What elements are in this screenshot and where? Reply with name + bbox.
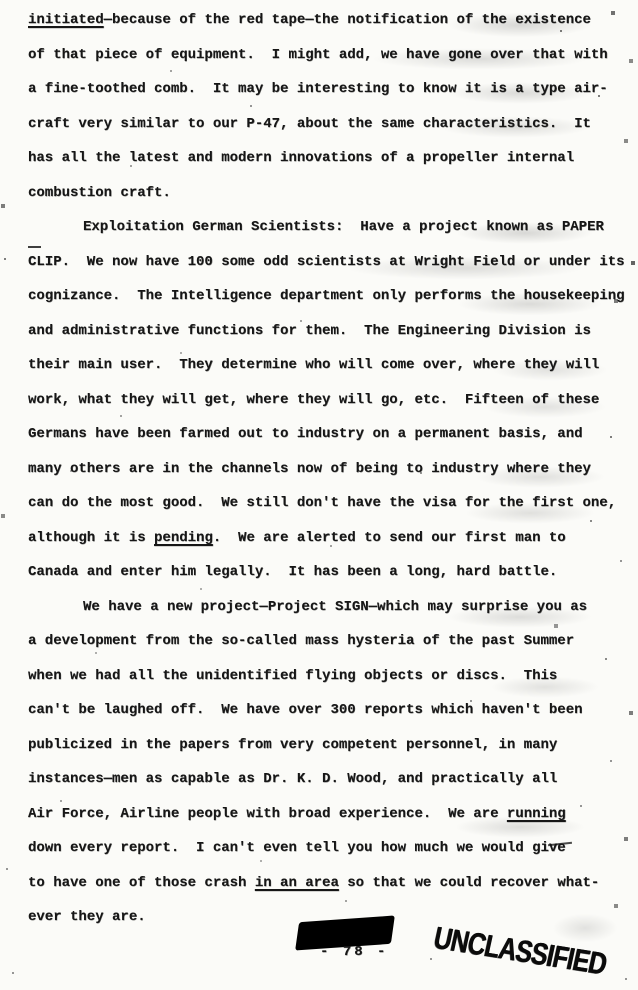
document-line: has all the latest and modern innovation… (28, 141, 632, 176)
document-line: instances—men as capable as Dr. K. D. Wo… (28, 762, 632, 797)
document-line: although it is pending. We are alerted t… (28, 521, 632, 556)
document-line: CLIP. We now have 100 some odd scientist… (28, 245, 632, 280)
document-line: We have a new project—Project SIGN—which… (28, 590, 632, 625)
document-line: cognizance. The Intelligence department … (28, 279, 632, 314)
document-line: when we had all the unidentified flying … (28, 659, 632, 694)
document-line: initiated—because of the red tape—the no… (28, 3, 632, 38)
document-line: a fine-toothed comb. It may be interesti… (28, 72, 632, 107)
document-line: many others are in the channels now of b… (28, 452, 632, 487)
document-line: Canada and enter him legally. It has bee… (28, 555, 632, 590)
document-line: down every report. I can't even tell you… (28, 831, 632, 866)
document-line: craft very similar to our P-47, about th… (28, 107, 632, 142)
document-line: to have one of those crash in an area so… (28, 866, 632, 901)
document-line: publicized in the papers from very compe… (28, 728, 632, 763)
document-line: of that piece of equipment. I might add,… (28, 38, 632, 73)
document-line: their main user. They determine who will… (28, 348, 632, 383)
document-line: Germans have been farmed out to industry… (28, 417, 632, 452)
document-line: combustion craft. (28, 176, 632, 211)
document-line: Exploitation German Scientists: Have a p… (28, 210, 632, 245)
page-number: - 78 - (320, 944, 388, 960)
document-line: and administrative functions for them. T… (28, 314, 632, 349)
document-line: work, what they will get, where they wil… (28, 383, 632, 418)
document-line: can do the most good. We still don't hav… (28, 486, 632, 521)
document-line: can't be laughed off. We have over 300 r… (28, 693, 632, 728)
scan-noise-speckles (0, 0, 2, 2)
document-line: Air Force, Airline people with broad exp… (28, 797, 632, 832)
document-line: a development from the so-called mass hy… (28, 624, 632, 659)
document-text: initiated—because of the red tape—the no… (28, 3, 632, 935)
document-page: initiated—because of the red tape—the no… (0, 0, 638, 990)
